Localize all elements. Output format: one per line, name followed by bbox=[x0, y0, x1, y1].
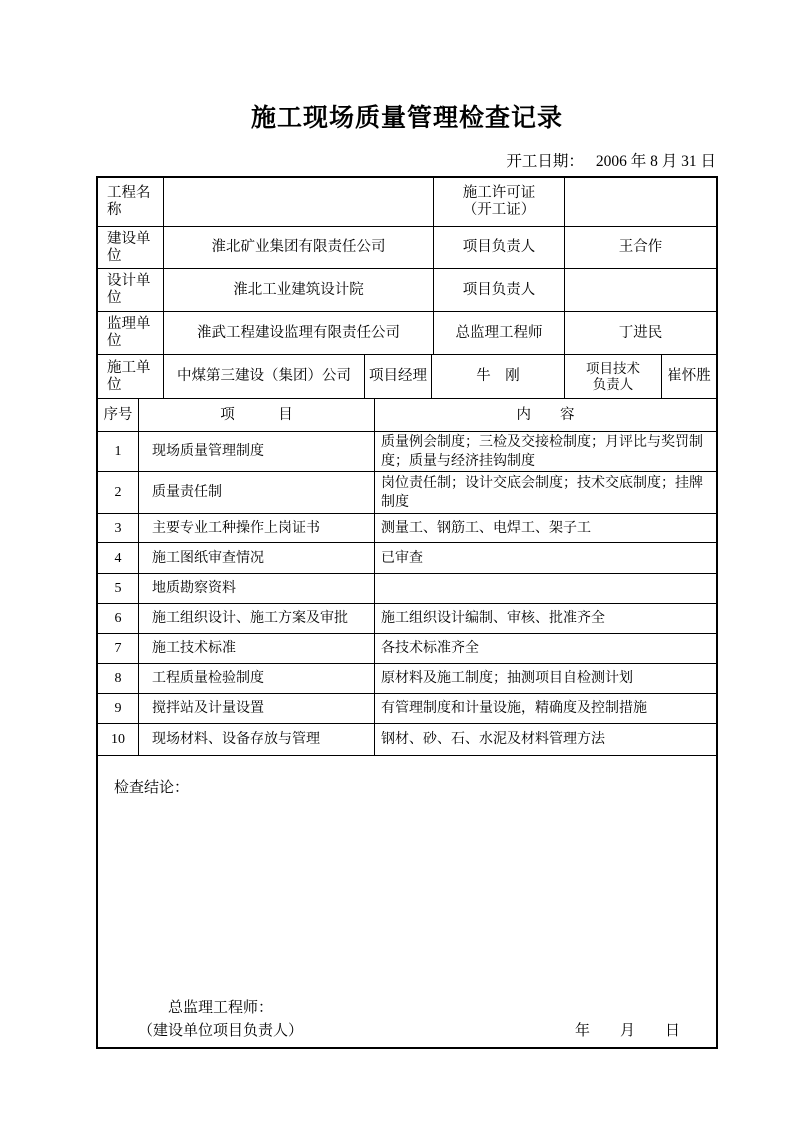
item-row-content bbox=[375, 574, 716, 604]
item-row-name: 地质勘察资料 bbox=[139, 574, 375, 604]
items-header-no: 序号 bbox=[98, 399, 139, 432]
inspection-table: 工程名称 施工许可证 （开工证） 建设单位 淮北矿业集团有限责任公司 项目负责人… bbox=[96, 176, 718, 1049]
contractor-unit-label: 施工单位 bbox=[98, 355, 164, 399]
tech-leader-label-line2: 负责人 bbox=[593, 377, 634, 393]
item-row-name: 质量责任制 bbox=[139, 472, 375, 514]
owner-leader-label: 项目负责人 bbox=[434, 227, 565, 269]
item-row-name: 搅拌站及计量设置 bbox=[139, 694, 375, 724]
item-row-name: 工程质量检验制度 bbox=[139, 664, 375, 694]
item-row-no: 6 bbox=[98, 604, 139, 634]
owner-unit-label: 建设单位 bbox=[98, 227, 164, 269]
project-name-value bbox=[164, 178, 434, 227]
item-row-content: 质量例会制度；三检及交接检制度；月评比与奖罚制度；质量与经济挂钩制度 bbox=[375, 432, 716, 472]
item-row-no: 3 bbox=[98, 514, 139, 543]
chief-engineer-label: 总监理工程师 bbox=[434, 312, 565, 355]
month-label: 月 bbox=[620, 1020, 635, 1043]
start-date-value: 2006 年 8 月 31 日 bbox=[596, 153, 716, 170]
item-row-no: 10 bbox=[98, 724, 139, 756]
construction-permit-label-line1: 施工许可证 bbox=[463, 185, 536, 202]
day-label: 日 bbox=[665, 1020, 680, 1043]
item-row-no: 2 bbox=[98, 472, 139, 514]
owner-leader-value: 王合作 bbox=[565, 227, 716, 269]
contractor-unit-value: 中煤第三建设（集团）公司 bbox=[164, 355, 365, 399]
item-row-no: 7 bbox=[98, 634, 139, 664]
contractor-section: 施工单位 中煤第三建设（集团）公司 项目经理 牛 刚 项目技术 负责人 崔怀胜 bbox=[98, 355, 716, 399]
project-name-label: 工程名称 bbox=[98, 178, 164, 227]
chief-engineer-signature-label: 总监理工程师： bbox=[98, 997, 716, 1020]
start-date-label: 开工日期： bbox=[506, 153, 584, 170]
item-row-name: 施工技术标准 bbox=[139, 634, 375, 664]
item-row-no: 4 bbox=[98, 543, 139, 574]
design-unit-label: 设计单位 bbox=[98, 269, 164, 312]
conclusion-label: 检查结论： bbox=[98, 756, 716, 797]
item-row-content: 测量工、钢筋工、电焊工、架子工 bbox=[375, 514, 716, 543]
tech-leader-label-line1: 项目技术 bbox=[586, 361, 640, 377]
document-body: 施工现场质量管理检查记录 开工日期：2006 年 8 月 31 日 工程名称 施… bbox=[96, 0, 718, 1049]
construction-permit-label-line2: （开工证） bbox=[463, 202, 536, 219]
item-row-content: 施工组织设计编制、审核、批准齐全 bbox=[375, 604, 716, 634]
item-row-name: 现场质量管理制度 bbox=[139, 432, 375, 472]
signature-block: 总监理工程师： （建设单位项目负责人） 年 月 日 bbox=[98, 997, 716, 1043]
item-row-no: 8 bbox=[98, 664, 139, 694]
chief-engineer-value: 丁进民 bbox=[565, 312, 716, 355]
owner-representative-label: （建设单位项目负责人） bbox=[138, 1020, 303, 1043]
supervision-unit-label: 监理单位 bbox=[98, 312, 164, 355]
project-manager-value: 牛 刚 bbox=[432, 355, 565, 399]
conclusion-section: 检查结论： 总监理工程师： （建设单位项目负责人） 年 月 日 bbox=[98, 756, 716, 1047]
items-header-item: 项 目 bbox=[139, 399, 375, 432]
item-row-content: 原材料及施工制度；抽测项目自检测计划 bbox=[375, 664, 716, 694]
item-row-no: 9 bbox=[98, 694, 139, 724]
document-page: 施工现场质量管理检查记录 开工日期：2006 年 8 月 31 日 工程名称 施… bbox=[0, 0, 793, 1122]
supervision-unit-value: 淮武工程建设监理有限责任公司 bbox=[164, 312, 434, 355]
tech-leader-value: 崔怀胜 bbox=[662, 355, 716, 399]
item-row-no: 1 bbox=[98, 432, 139, 472]
item-row-name: 现场材料、设备存放与管理 bbox=[139, 724, 375, 756]
construction-permit-label: 施工许可证 （开工证） bbox=[434, 178, 565, 227]
item-row-name: 施工图纸审查情况 bbox=[139, 543, 375, 574]
items-header: 序号 项 目 内 容 bbox=[98, 399, 716, 432]
item-row-name: 主要专业工种操作上岗证书 bbox=[139, 514, 375, 543]
item-row-content: 已审查 bbox=[375, 543, 716, 574]
design-leader-value bbox=[565, 269, 716, 312]
tech-leader-label: 项目技术 负责人 bbox=[565, 355, 662, 399]
item-row-name: 施工组织设计、施工方案及审批 bbox=[139, 604, 375, 634]
owner-unit-value: 淮北矿业集团有限责任公司 bbox=[164, 227, 434, 269]
item-row-content: 各技术标准齐全 bbox=[375, 634, 716, 664]
info-section: 工程名称 施工许可证 （开工证） 建设单位 淮北矿业集团有限责任公司 项目负责人… bbox=[98, 178, 716, 355]
year-label: 年 bbox=[575, 1020, 590, 1043]
items-header-content: 内 容 bbox=[375, 399, 716, 432]
item-row-no: 5 bbox=[98, 574, 139, 604]
start-date-line: 开工日期：2006 年 8 月 31 日 bbox=[96, 151, 718, 172]
signature-second-line: （建设单位项目负责人） 年 月 日 bbox=[98, 1020, 716, 1043]
design-leader-label: 项目负责人 bbox=[434, 269, 565, 312]
construction-permit-value bbox=[565, 178, 716, 227]
signature-date-placeholder: 年 月 日 bbox=[575, 1020, 680, 1043]
page-title: 施工现场质量管理检查记录 bbox=[96, 102, 718, 136]
item-row-content: 岗位责任制；设计交底会制度；技术交底制度；挂牌制度 bbox=[375, 472, 716, 514]
design-unit-value: 淮北工业建筑设计院 bbox=[164, 269, 434, 312]
project-manager-label: 项目经理 bbox=[365, 355, 432, 399]
item-row-content: 有管理制度和计量设施，精确度及控制措施 bbox=[375, 694, 716, 724]
item-row-content: 钢材、砂、石、水泥及材料管理方法 bbox=[375, 724, 716, 756]
items-section: 1 现场质量管理制度 质量例会制度；三检及交接检制度；月评比与奖罚制度；质量与经… bbox=[98, 432, 716, 756]
